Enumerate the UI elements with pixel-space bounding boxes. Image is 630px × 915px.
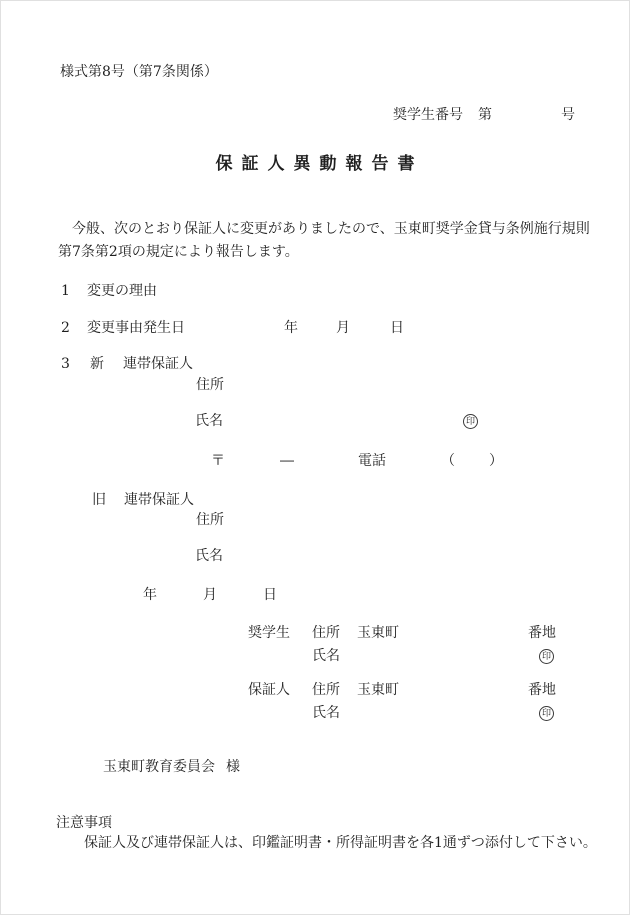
form-number: 様式第8号（第7条関係）	[60, 62, 218, 82]
old-guarantor-label: 連帯保証人	[124, 490, 194, 510]
signer-banchi-label: 番地	[528, 680, 556, 700]
signer-banchi-label: 番地	[528, 623, 556, 643]
scholar-number-suffix: 号	[561, 105, 575, 125]
document-page: 様式第8号（第7条関係） 奨学生番号 第 号 保証人異動報告書 今般、次のとおり…	[0, 0, 630, 915]
signer-role: 奨学生	[248, 623, 290, 643]
signer-name-label: 氏名	[312, 646, 340, 666]
intro-line-1: 今般、次のとおり保証人に変更がありましたので、玉東町奨学金貸与条例施行規則	[72, 219, 590, 239]
postal-dash: ―	[280, 451, 294, 471]
item2-day-label: 日	[390, 318, 404, 338]
item2-year-label: 年	[284, 318, 298, 338]
date-month-label: 月	[203, 585, 217, 605]
new-guarantor-address-label: 住所	[196, 375, 224, 395]
item2-month-label: 月	[336, 318, 350, 338]
new-guarantor-seal-icon: 印	[463, 414, 478, 429]
signer-seal-icon: 印	[539, 649, 554, 664]
item3-number: 3	[61, 354, 70, 374]
signer-address-label: 住所	[312, 680, 340, 700]
signer-address-label: 住所	[312, 623, 340, 643]
signer-seal-icon: 印	[539, 706, 554, 721]
item2-label: 変更事由発生日	[87, 318, 185, 338]
signer-address-value: 玉東町	[357, 623, 399, 643]
item3-new-label: 新	[90, 354, 104, 374]
item1-number: 1	[61, 281, 70, 301]
item1-label: 変更の理由	[87, 281, 157, 301]
postal-mark-icon: 〒	[211, 451, 225, 471]
item2-number: 2	[61, 318, 70, 338]
date-year-label: 年	[143, 585, 157, 605]
date-day-label: 日	[263, 585, 277, 605]
addressee-name: 玉東町教育委員会	[103, 757, 215, 777]
signer-address-value: 玉東町	[357, 680, 399, 700]
addressee-honorific: 様	[226, 757, 240, 777]
old-guarantor-address-label: 住所	[196, 510, 224, 530]
signer-name-label: 氏名	[312, 703, 340, 723]
notes-body: 保証人及び連帯保証人は、印鑑証明書・所得証明書を各1通ずつ添付して下さい。	[84, 833, 597, 853]
phone-paren-open: （	[441, 451, 455, 471]
new-guarantor-name-label: 氏名	[195, 411, 223, 431]
old-guarantor-prefix: 旧	[92, 490, 106, 510]
scholar-number-prefix: 第	[478, 105, 492, 125]
signer-role: 保証人	[248, 680, 290, 700]
old-guarantor-name-label: 氏名	[195, 546, 223, 566]
notes-heading: 注意事項	[56, 813, 112, 833]
item3-guarantor-label: 連帯保証人	[123, 354, 193, 374]
intro-line-2: 第7条第2項の規定により報告します。	[58, 242, 299, 262]
phone-paren-close: ）	[489, 451, 503, 471]
phone-label: 電話	[358, 451, 386, 471]
document-title: 保証人異動報告書	[1, 149, 629, 174]
scholar-number-label: 奨学生番号	[393, 105, 463, 125]
